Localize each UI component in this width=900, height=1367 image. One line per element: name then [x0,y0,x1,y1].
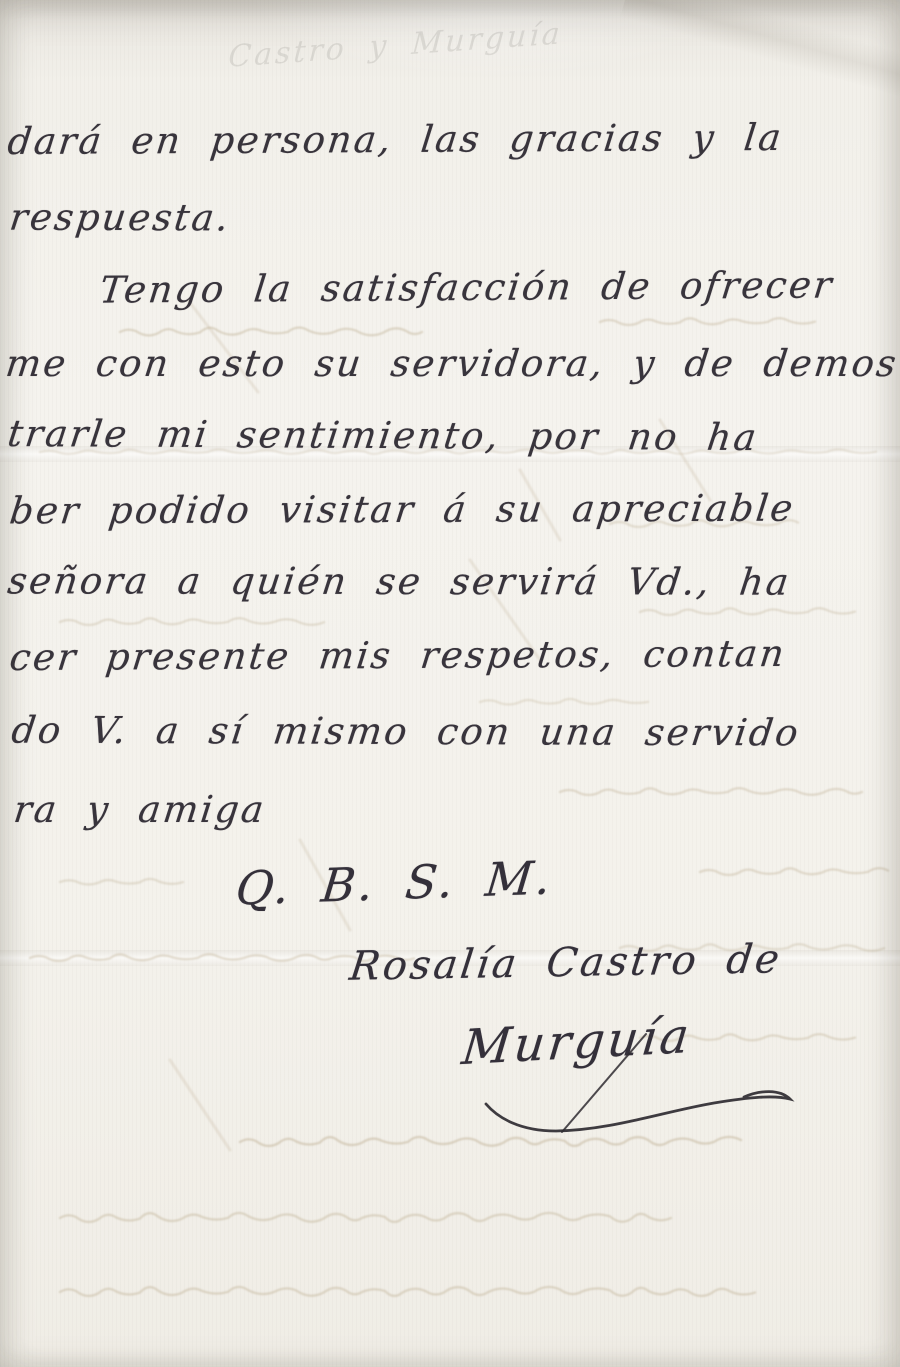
showthrough-stroke [480,699,648,704]
letter-line: respuesta. [7,196,233,240]
corner-crease [620,0,900,105]
showthrough-stroke [60,1213,671,1222]
letter-page: Castro y Murguía dará en persona, las gr… [0,0,900,1367]
letter-line: señora a quién se servirá Vd., ha [5,559,793,603]
showthrough-stroke [60,879,183,884]
signature-name-line: Rosalía Castro de [347,936,785,990]
letter-line: cer presente mis respetos, contan [7,632,788,679]
letter-line: ra y amiga [11,788,268,831]
top-crease-shadow [0,0,900,130]
letter-line: Tengo la satisfacción de ofrecer [98,263,837,311]
closing-salute-abbreviation: Q. B. S. M. [233,850,556,915]
letter-line: ber podido visitar á su apreciable [7,487,797,533]
letter-line: trarle mi sentimiento, por no ha [5,412,761,459]
showthrough-stroke [60,1287,755,1296]
showthrough-stroke [60,618,324,625]
letter-line: dará en persona, las gracias y la [5,116,785,163]
faint-pencil-inscription: Castro y Murguía [227,16,564,75]
signature-surname-line: Murguía [459,1008,694,1076]
showthrough-stroke [600,318,815,325]
showthrough-stroke [240,1137,741,1146]
showthrough-stroke [120,328,422,336]
showthrough-stroke [560,788,862,795]
showthrough-stroke [700,868,888,875]
letter-line: me con esto su servidora, y de demos [3,342,900,385]
letter-line: do V. a sí mismo con una servido [9,709,803,755]
showthrough-stroke [640,608,855,615]
showthrough-diagonal-stroke [170,1060,230,1150]
